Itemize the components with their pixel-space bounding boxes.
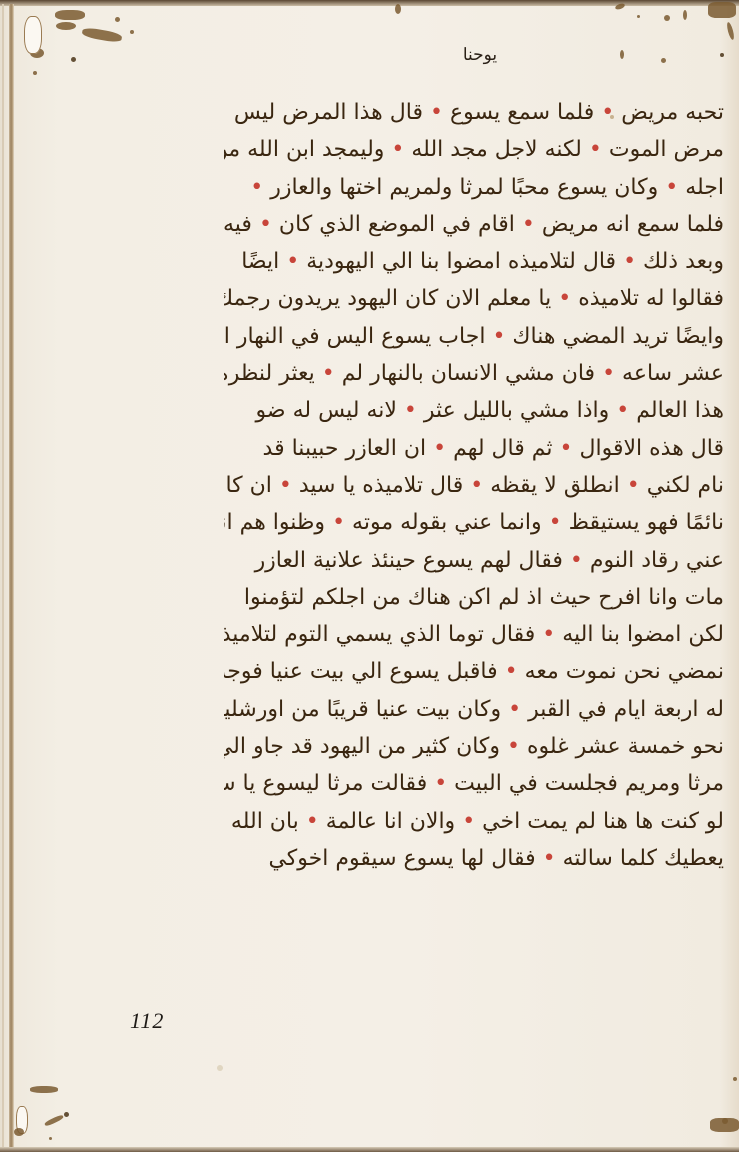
rubric-dot: • [505, 659, 518, 684]
text-line-12: نائمًا فهو يستيقظ • وانما عني بقوله موته… [224, 504, 724, 541]
wormhole [24, 16, 42, 54]
ink-stain [683, 10, 687, 20]
text-line-11: نام لكني • انطلق لا يقظه • قال تلاميذه ي… [224, 467, 724, 504]
rubric-dot: • [616, 398, 629, 423]
ink-spot [49, 1137, 52, 1140]
text-line-15: لكن امضوا بنا اليه • فقال توما الذي يسمي… [224, 616, 724, 653]
rubric-dot: • [507, 734, 520, 759]
rubric-dot: • [542, 622, 555, 647]
text-line-14: مات وانا افرح حيث اذ لم اكن هناك من اجلك… [224, 579, 724, 616]
ink-spot [115, 17, 120, 22]
rubric-dot: • [665, 175, 678, 200]
rubric-dot: • [549, 510, 562, 535]
text-line-10: قال هذه الاقوال • ثم قال لهم • ان العازر… [224, 430, 724, 467]
faint-spot [217, 1065, 223, 1071]
rubric-dot: • [433, 436, 446, 461]
rubric-dot: • [259, 212, 272, 237]
rubric-dot: • [602, 361, 615, 386]
ink-spot [64, 1112, 69, 1117]
ink-spot [661, 58, 666, 63]
rubric-dot: • [286, 249, 299, 274]
rubric-dot: • [492, 324, 505, 349]
text-line-1: تحبه مريض • فلما سمع يسوع • قال هذا المر… [224, 94, 724, 131]
text-line-3: اجله • وكان يسوع محبًا لمرثا ولمريم اخته… [224, 169, 724, 206]
rubric-dot: • [627, 473, 640, 498]
ink-spot [722, 1118, 728, 1124]
ink-stain [726, 22, 735, 41]
page-binding-edge [2, 4, 4, 1148]
ink-spot [733, 1077, 737, 1081]
rubric-dot: • [430, 100, 443, 125]
rubric-dot: • [589, 137, 602, 162]
rubric-dot: • [434, 771, 447, 796]
running-title: يوحنا [440, 45, 520, 65]
text-line-5: وبعد ذلك • قال لتلاميذه امضوا بنا الي ال… [224, 243, 724, 280]
text-line-21: يعطيك كلما سالته • فقال لها يسوع سيقوم ا… [224, 840, 724, 877]
ink-stain [395, 4, 401, 14]
ink-spot [664, 15, 670, 21]
text-line-9: هذا العالم • واذا مشي بالليل عثر • لانه … [224, 392, 724, 429]
rubric-dot: • [250, 175, 263, 200]
text-line-2: مرض الموت • لكنه لاجل مجد الله • وليمجد … [224, 131, 724, 168]
text-line-4: فلما سمع انه مريض • اقام في الموضع الذي … [224, 206, 724, 243]
ink-stain [55, 10, 85, 20]
rubric-dot: • [508, 697, 521, 722]
ink-spot [720, 53, 724, 57]
ink-spot [33, 71, 37, 75]
rubric-dot: • [391, 137, 404, 162]
rubric-dot: • [570, 548, 583, 573]
ink-stain [708, 2, 736, 18]
text-line-20: لو كنت ها هنا لم يمت اخي • والان انا عال… [224, 803, 724, 840]
page-top-edge [0, 0, 739, 6]
ink-stain [56, 22, 76, 30]
manuscript-page: يوحنا تحبه مريض • فلما سمع يسوع • قال هذ… [0, 0, 739, 1152]
rubric-dot: • [623, 249, 636, 274]
rubric-dot: • [279, 473, 292, 498]
rubric-dot: • [560, 436, 573, 461]
ink-stain [44, 1114, 64, 1127]
rubric-dot: • [558, 286, 571, 311]
ink-stain [81, 27, 122, 44]
text-line-8: عشر ساعه • فان مشي الانسان بالنهار لم • … [224, 355, 724, 392]
ink-stain [30, 1086, 58, 1093]
page-bottom-edge [0, 1147, 739, 1152]
ink-stain [620, 50, 624, 59]
ink-spot [637, 15, 640, 18]
rubric-dot: • [306, 809, 319, 834]
folio-number: 112 [130, 1008, 164, 1034]
text-line-18: نحو خمسة عشر غلوه • وكان كثير من اليهود … [224, 728, 724, 765]
rubric-dot: • [522, 212, 535, 237]
text-line-17: له اربعة ايام في القبر • وكان بيت عنيا ق… [224, 691, 724, 728]
page-binding-rule [9, 4, 14, 1148]
text-line-7: وايضًا تريد المضي هناك • اجاب يسوع اليس … [224, 318, 724, 355]
text-line-6: فقالوا له تلاميذه • يا معلم الان كان الي… [224, 280, 724, 317]
manuscript-text: تحبه مريض • فلما سمع يسوع • قال هذا المر… [224, 94, 724, 877]
ink-spot [130, 30, 134, 34]
text-line-16: نمضي نحن نموت معه • فاقبل يسوع الي بيت ع… [224, 653, 724, 690]
rubric-dot: • [543, 846, 556, 871]
rubric-dot: • [470, 473, 483, 498]
rubric-dot: • [404, 398, 417, 423]
rubric-dot: • [462, 809, 475, 834]
ink-stain [14, 1128, 24, 1136]
text-line-19: مرثا ومريم فجلست في البيت • فقالت مرثا ل… [224, 765, 724, 802]
ink-spot [71, 57, 76, 62]
rubric-dot: • [332, 510, 345, 535]
rubric-dot: • [322, 361, 335, 386]
text-line-13: عني رقاد النوم • فقال لهم يسوع حينئذ علا… [224, 542, 724, 579]
rubric-dot: • [601, 100, 614, 125]
